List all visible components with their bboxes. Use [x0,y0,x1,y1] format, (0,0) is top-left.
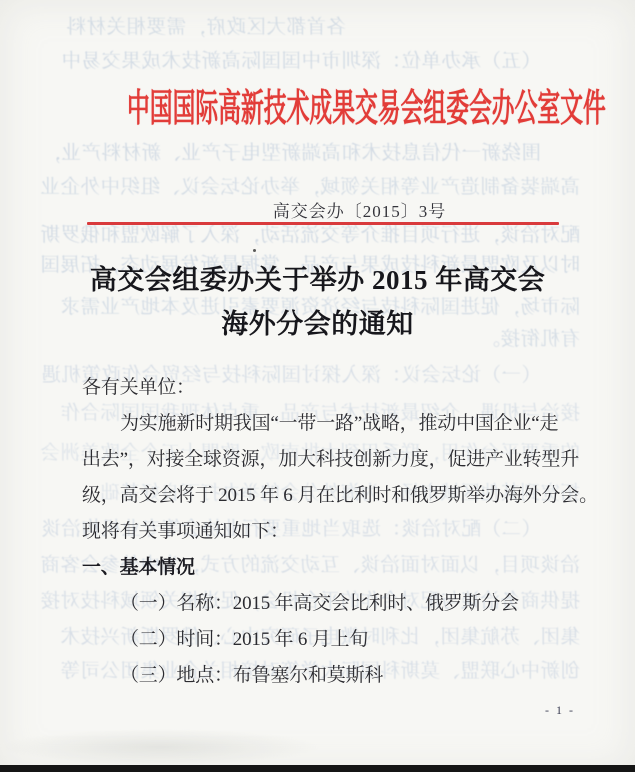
bleedthrough-line: 配对洽谈，进行项目推介等交流活动，深入了解欧盟和俄罗斯 [55,224,580,248]
salutation: 各有关单位： [82,370,580,406]
page-number: - 1 - [545,703,575,718]
letterhead-title: 中国国际高新技术成果交易会组委会办公室文件 [127,86,508,132]
scan-artifact-speck [253,249,256,252]
main-paragraph: 为实施新时期我国“一带一路”战略，推动中国企业“走出去”，对接全球资源，加大科技… [82,406,580,550]
document-title-line2: 海外分会的通知 [0,302,635,346]
body-line: 出去”，对接全球资源，加大科技创新力度，促进产业转型升 [82,442,580,478]
bleedthrough-line: 各首都大区政府，需要相关材料 [0,16,580,40]
document-title-line1: 高交会组委办关于举办 2015 年高交会 [0,258,635,302]
bleedthrough-line: （五）承办单位：深圳市中国国际高新技术成果交易中 [16,50,580,74]
document-title: 高交会组委办关于举办 2015 年高交会 海外分会的通知 [0,258,635,346]
scan-smudge [0,729,320,765]
body-text: 各有关单位： 为实施新时期我国“一带一路”战略，推动中国企业“走出去”，对接全球… [82,370,580,694]
item-list: （一）名称：2015 年高交会比利时、俄罗斯分会（二）时间：2015 年 6 月… [82,586,580,694]
body-line: 级，高交会将于 2015 年 6 月在比利时和俄罗斯举办海外分会。 [82,478,580,514]
letterhead-divider-line [87,222,559,225]
body-line: 现将有关事项通知如下： [82,514,580,550]
body-line: 为实施新时期我国“一带一路”战略，推动中国企业“走 [82,406,580,442]
document-number: 高交会办〔2015〕3号 [42,197,635,222]
bleedthrough-line: 围绕新一代信息技术和高端新型电子产业、新材料产业， [16,142,580,166]
scanned-document-page: 中国国际高新技术成果交易会组委会办公室相关文件材料各首都大区政府，需要相关材料（… [0,0,635,772]
item-line: （三）地点：布鲁塞尔和莫斯科 [82,658,580,694]
scan-edge-strip [0,765,635,772]
item-line: （二）时间：2015 年 6 月上旬 [82,622,580,658]
section-heading: 一、基本情况 [82,550,580,586]
item-line: （一）名称：2015 年高交会比利时、俄罗斯分会 [82,586,580,622]
